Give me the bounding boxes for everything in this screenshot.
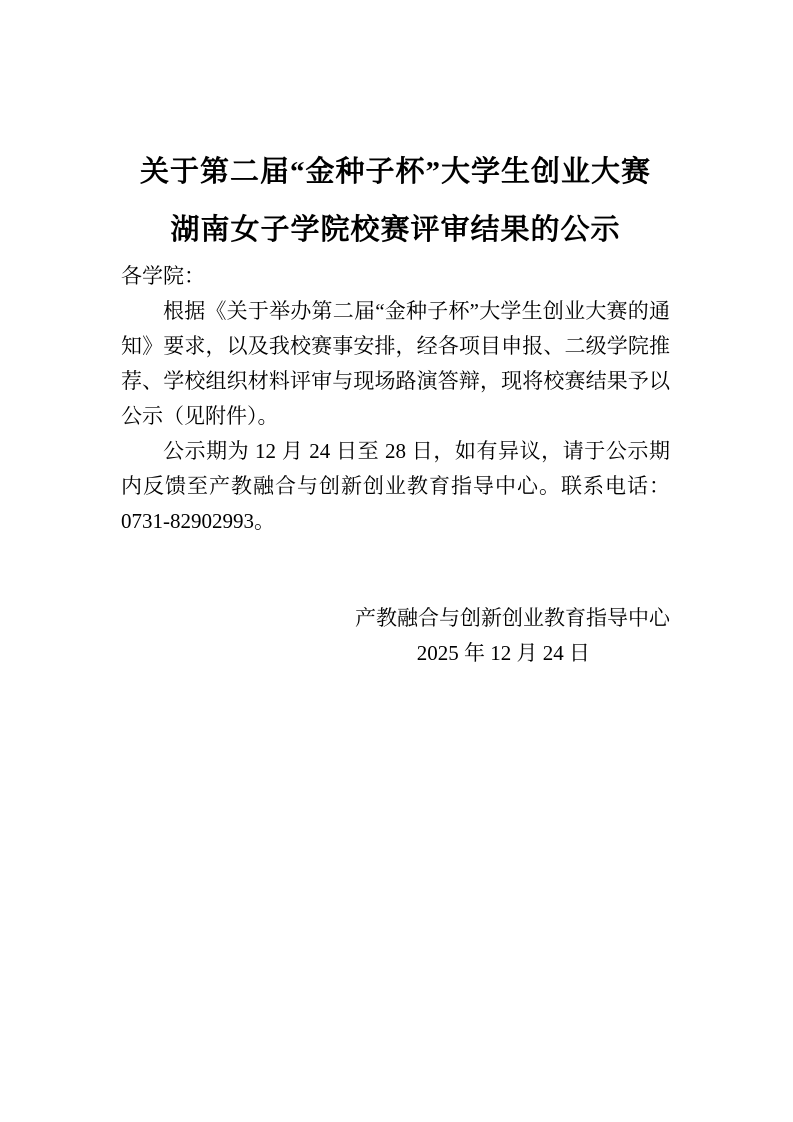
title-line-2: 湖南女子学院校赛评审结果的公示 [121,201,670,259]
document-title: 关于第二届“金种子杯”大学生创业大赛 湖南女子学院校赛评审结果的公示 [121,143,670,259]
salutation: 各学院： [121,259,670,294]
paragraph-publicity-period: 公示期为 12 月 24 日至 28 日，如有异议，请于公示期内反馈至产教融合与… [121,434,670,539]
paragraph-basis: 根据《关于举办第二届“金种子杯”大学生创业大赛的通知》要求，以及我校赛事安排，经… [121,294,670,434]
document-page: 关于第二届“金种子杯”大学生创业大赛 湖南女子学院校赛评审结果的公示 各学院： … [0,0,793,1122]
title-line-1: 关于第二届“金种子杯”大学生创业大赛 [121,143,670,201]
signature-date: 2025 年 12 月 24 日 [121,636,670,671]
signature-organization: 产教融合与创新创业教育指导中心 [121,601,670,636]
